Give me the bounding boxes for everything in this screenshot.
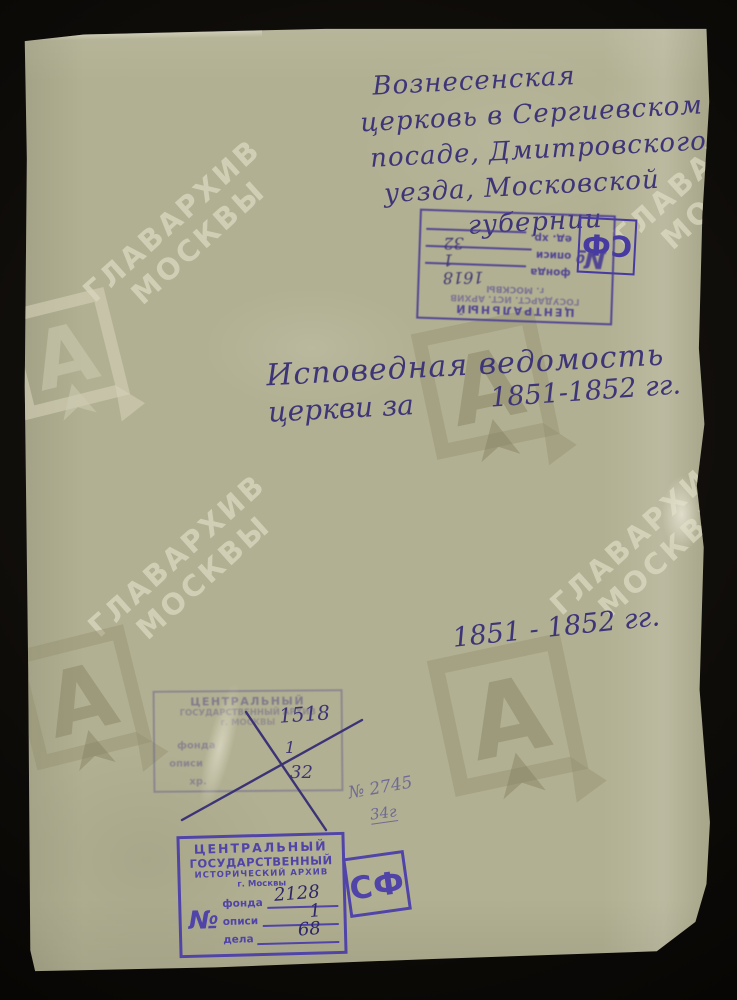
inverted-sf-stamp: СФ [577, 217, 638, 276]
stamp-row-value: 1618 [442, 268, 483, 288]
svg-text:А: А [35, 642, 127, 759]
stamp-row-label: описи [223, 915, 259, 928]
stamp-underline [426, 228, 527, 250]
crossed-out-x-mark [140, 674, 380, 844]
sf-stamp: СФ [342, 850, 412, 918]
svg-text:А: А [23, 304, 107, 410]
stamp-row-label: ед. хр. [530, 231, 572, 244]
stamp-row-label: описи [536, 249, 572, 262]
stamp-number-sign: № [188, 905, 219, 935]
torn-edge-highlight [22, 24, 262, 41]
document-paper: ГЛАВАРХИВ МОСКВЫ ГЛАВАРХИВ МОСКВЫ ГЛАВАР… [22, 26, 712, 974]
archive-scan-page: ГЛАВАРХИВ МОСКВЫ ГЛАВАРХИВ МОСКВЫ ГЛАВАР… [0, 0, 737, 1000]
pencil-amount-note: 34г [369, 802, 398, 825]
glavarhiv-logo-watermark-icon: А [403, 623, 629, 841]
cgia-archive-stamp: ЦЕНТРАЛЬНЫЙ ГОСУДАРСТВЕННЫЙ ИСТОРИЧЕСКИЙ… [176, 832, 347, 958]
stamp-row-value: 68 [297, 918, 321, 941]
stamp-row-label: фонда [530, 266, 571, 279]
stamp-row: дела 68 [223, 925, 339, 946]
svg-text:А: А [458, 653, 560, 785]
stamp-row-value: 32 [444, 234, 465, 253]
stamp-row-label: дела [223, 933, 254, 946]
stamp-row: ед. хр. 32 [426, 228, 572, 250]
stamp-row-label: фонда [222, 897, 263, 910]
record-title-line2: церкви за [267, 388, 414, 429]
stamp-row-value: 1 [443, 251, 454, 270]
